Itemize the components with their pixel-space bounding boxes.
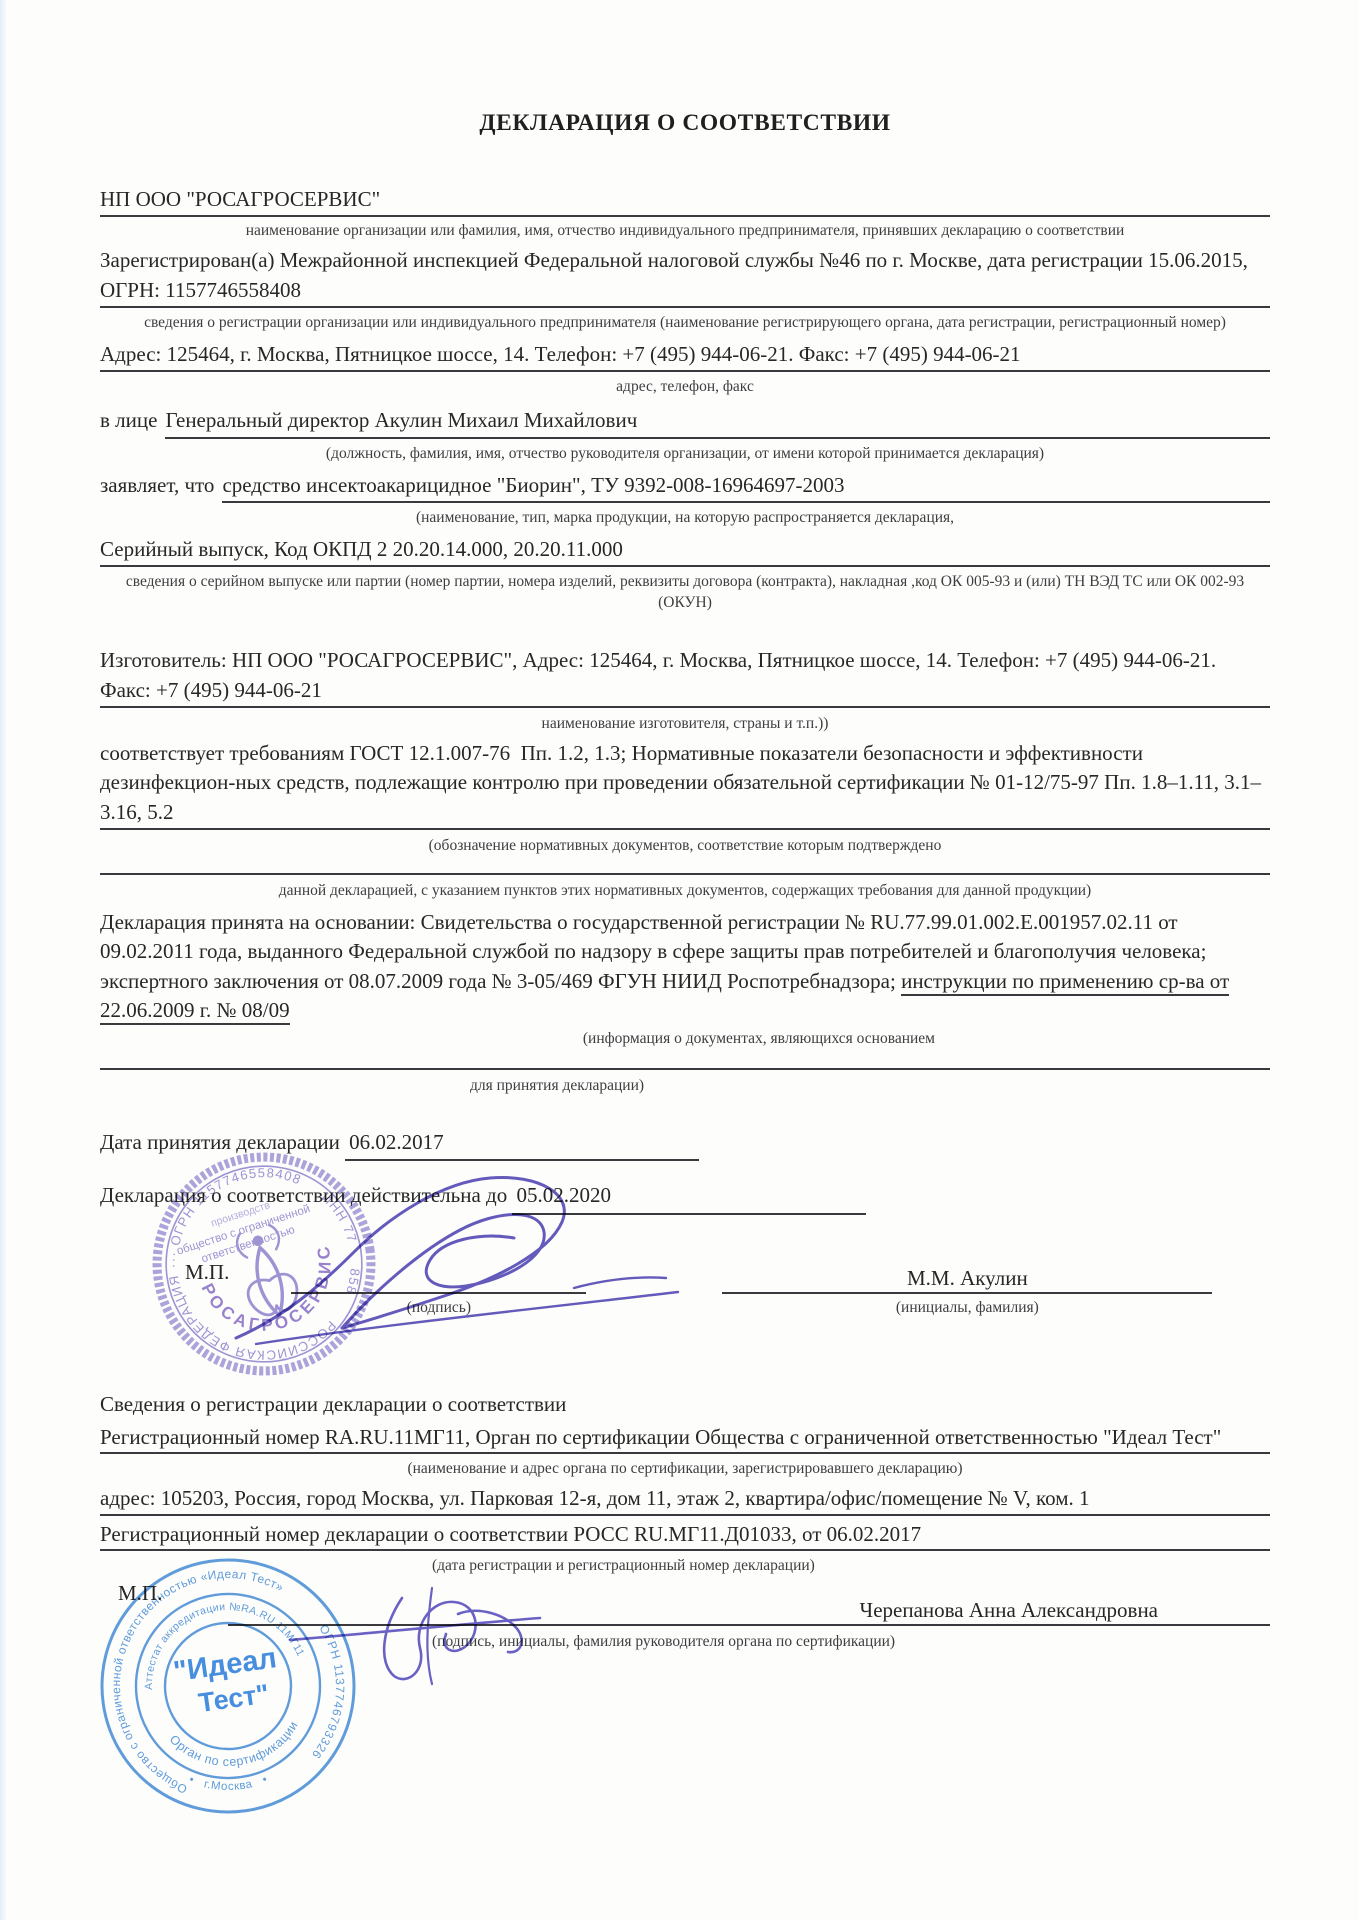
basis-caption-2: для принятия декларации) xyxy=(470,1076,644,1097)
acceptance-date-value: 06.02.2017 xyxy=(345,1128,699,1161)
registration-value: Зарегистрирован(а) Межрайонной инспекцие… xyxy=(100,246,1270,308)
product-label: заявляет, что xyxy=(100,471,222,500)
requirements-caption-2: данной декларацией, с указанием пунктов … xyxy=(100,881,1270,902)
signature-line-1 xyxy=(291,1292,586,1294)
dates-block: Дата принятия декларации 06.02.2017 Декл… xyxy=(100,1128,1270,1215)
stamp2-organ-text: Орган по сертификации xyxy=(166,1715,306,1778)
stamp2-city-text: • г.Москва • xyxy=(186,1763,270,1799)
serial-caption: сведения о серийном выпуске или партии (… xyxy=(100,572,1270,614)
product-caption: (наименование, тип, марка продукции, на … xyxy=(100,508,1270,529)
field-representative: в лице Генеральный директор Акулин Михаи… xyxy=(100,406,1270,464)
certifier-name-column: Черепанова Анна Александровна xyxy=(228,1596,1270,1626)
field-product: заявляет, что средство инсектоакарицидно… xyxy=(100,471,1270,529)
signature-block-1: М.П. (подпись) М.М. Акулин (инициалы, фа… xyxy=(100,1260,1270,1319)
name-column: М.М. Акулин (инициалы, фамилия) xyxy=(722,1264,1212,1319)
registry-section: Сведения о регистрации декларации о соот… xyxy=(100,1390,1270,1653)
document-content: ДЕКЛАРАЦИЯ О СООТВЕТСТВИИ НП ООО "РОСАГР… xyxy=(100,0,1270,1097)
registry-number: Регистрационный номер RA.RU.11МГ11, Орга… xyxy=(100,1423,1270,1455)
acceptance-date-line: Дата принятия декларации 06.02.2017 xyxy=(100,1128,1270,1161)
registration-caption: сведения о регистрации организации или и… xyxy=(100,313,1270,334)
field-registration: Зарегистрирован(а) Межрайонной инспекцие… xyxy=(100,246,1270,334)
signature-column: (подпись) xyxy=(291,1292,586,1319)
signature-block-2: М.П. Черепанова Анна Александровна xyxy=(100,1581,1270,1626)
product-value: средство инсектоакарицидное "Биорин", ТУ… xyxy=(222,471,1270,503)
basis-caption-1: (информация о документах, являющихся осн… xyxy=(583,1029,935,1050)
serial-value: Серийный выпуск, Код ОКПД 2 20.20.14.000… xyxy=(100,535,1270,567)
field-declarant: НП ООО "РОСАГРОСЕРВИС" наименование орга… xyxy=(100,185,1270,242)
field-serial: Серийный выпуск, Код ОКПД 2 20.20.14.000… xyxy=(100,535,1270,614)
requirements-caption: (обозначение нормативных документов, соо… xyxy=(100,836,1270,857)
field-address: Адрес: 125464, г. Москва, Пятницкое шосс… xyxy=(100,340,1270,398)
certifier-caption: (подпись, инициалы, фамилия руководителя… xyxy=(432,1632,895,1653)
declaration-document: ДЕКЛАРАЦИЯ О СООТВЕТСТВИИ НП ООО "РОСАГР… xyxy=(0,0,1359,1920)
director-name: М.М. Акулин xyxy=(722,1264,1212,1292)
validity-date-value: 05.02.2020 xyxy=(512,1181,866,1214)
declarant-value: НП ООО "РОСАГРОСЕРВИС" xyxy=(100,185,1270,217)
registry-decl-number: Регистрационный номер декларации о соотв… xyxy=(100,1520,1270,1552)
requirements-value: соответствует требованиям ГОСТ 12.1.007-… xyxy=(100,739,1270,830)
seal-place-label-1: М.П. xyxy=(185,1260,229,1285)
validity-date-line: Декларация о соответствии действительна … xyxy=(100,1181,1270,1214)
registry-decl-caption: (дата регистрации и регистрационный номе… xyxy=(432,1556,815,1577)
seal-place-label-2: М.П. xyxy=(118,1581,162,1606)
address-value: Адрес: 125464, г. Москва, Пятницкое шосс… xyxy=(100,340,1270,372)
signature-caption: (подпись) xyxy=(291,1298,586,1319)
manufacturer-value: Изготовитель: НП ООО "РОСАГРОСЕРВИС", Ад… xyxy=(100,646,1270,708)
basis-paragraph: Декларация принята на основании: Свидете… xyxy=(100,908,1270,1026)
declarant-caption: наименование организации или фамилия, им… xyxy=(100,221,1270,242)
address-caption: адрес, телефон, факс xyxy=(100,377,1270,398)
manufacturer-caption: наименование изготовителя, страны и т.п.… xyxy=(100,714,1270,735)
name-line-1 xyxy=(722,1292,1212,1294)
representative-value: Генеральный директор Акулин Михаил Михай… xyxy=(165,406,1270,438)
certifier-name: Черепанова Анна Александровна xyxy=(228,1596,1270,1624)
representative-label: в лице xyxy=(100,406,165,435)
name-line-2 xyxy=(228,1624,1270,1626)
divider-rule-1 xyxy=(100,873,1270,875)
representative-caption: (должность, фамилия, имя, отчество руков… xyxy=(100,444,1270,465)
stamp2-center-line2: Тест" xyxy=(197,1679,271,1719)
name-caption: (инициалы, фамилия) xyxy=(722,1298,1212,1319)
divider-rule-2 xyxy=(100,1068,1270,1070)
page-title: ДЕКЛАРАЦИЯ О СООТВЕТСТВИИ xyxy=(100,110,1270,137)
registry-number-caption: (наименование и адрес органа по сертифик… xyxy=(100,1459,1270,1480)
acceptance-date-label: Дата принятия декларации xyxy=(100,1130,340,1154)
field-manufacturer: Изготовитель: НП ООО "РОСАГРОСЕРВИС", Ад… xyxy=(100,646,1270,735)
registry-heading: Сведения о регистрации декларации о соот… xyxy=(100,1390,1270,1419)
registry-address: адрес: 105203, Россия, город Москва, ул.… xyxy=(100,1484,1270,1516)
field-requirements: соответствует требованиям ГОСТ 12.1.007-… xyxy=(100,739,1270,857)
validity-date-label: Декларация о соответствии действительна … xyxy=(100,1183,507,1207)
